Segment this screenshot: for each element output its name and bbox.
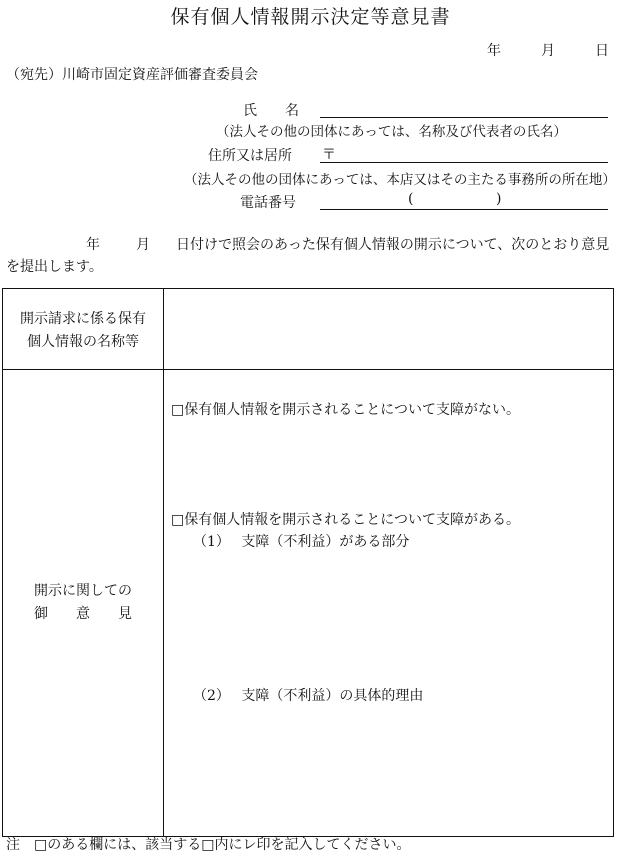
- row2-label: 開示に関しての 御 意 見: [3, 580, 163, 626]
- row2-label-line2: 御 意 見: [3, 603, 163, 626]
- footnote: 注 □のある欄には、該当する□内にレ印を記入してください。: [6, 834, 410, 852]
- intro-month: 月: [136, 237, 150, 253]
- info-name-field[interactable]: [164, 289, 613, 369]
- row-divider: [3, 369, 613, 370]
- row1-label: 開示請求に係る保有 個人情報の名称等: [3, 308, 163, 354]
- date-day: 日: [595, 40, 609, 60]
- column-divider: [163, 289, 164, 836]
- sub-item-2: （2） 支障（不利益）の具体的理由: [193, 685, 423, 705]
- address-field[interactable]: [320, 162, 608, 163]
- row2-label-line1: 開示に関しての: [3, 580, 163, 603]
- name-note: （法人その他の団体にあっては、名称及び代表者の氏名）: [216, 120, 567, 140]
- postal-mark: 〒: [322, 144, 336, 164]
- intro-paragraph: 年月日付けで照会のあった保有個人情報の開示について、次のとおり意見を提出します。: [6, 234, 618, 278]
- address-note: （法人その他の団体にあっては、本店又はその主たる事務所の所在地）: [184, 168, 616, 188]
- opinion-table: 開示請求に係る保有 個人情報の名称等 開示に関しての 御 意 見 □保有個人情報…: [2, 288, 614, 837]
- name-label: 氏 名: [243, 100, 299, 120]
- row1-label-line2: 個人情報の名称等: [3, 331, 163, 354]
- phone-paren-open: (: [408, 191, 413, 207]
- address-label: 住所又は居所: [208, 145, 292, 165]
- addressee: （宛先）川崎市固定資産評価審査委員会: [6, 64, 258, 84]
- page-title: 保有個人情報開示決定等意見書: [0, 2, 621, 29]
- phone-paren-close: ): [496, 191, 501, 207]
- option-objection-checkbox[interactable]: □保有個人情報を開示されることについて支障がある。: [171, 509, 520, 529]
- phone-label: 電話番号: [240, 192, 296, 212]
- date-month: 月: [541, 40, 555, 60]
- sub-item-1: （1） 支障（不利益）がある部分: [193, 531, 409, 551]
- date-year: 年: [487, 40, 501, 60]
- name-field[interactable]: [320, 117, 608, 118]
- phone-field[interactable]: [320, 209, 608, 210]
- intro-year: 年: [86, 237, 100, 253]
- row1-label-line1: 開示請求に係る保有: [3, 308, 163, 331]
- date-line: 年月日: [487, 40, 609, 60]
- option-no-objection-checkbox[interactable]: □保有個人情報を開示されることについて支障がない。: [171, 399, 520, 419]
